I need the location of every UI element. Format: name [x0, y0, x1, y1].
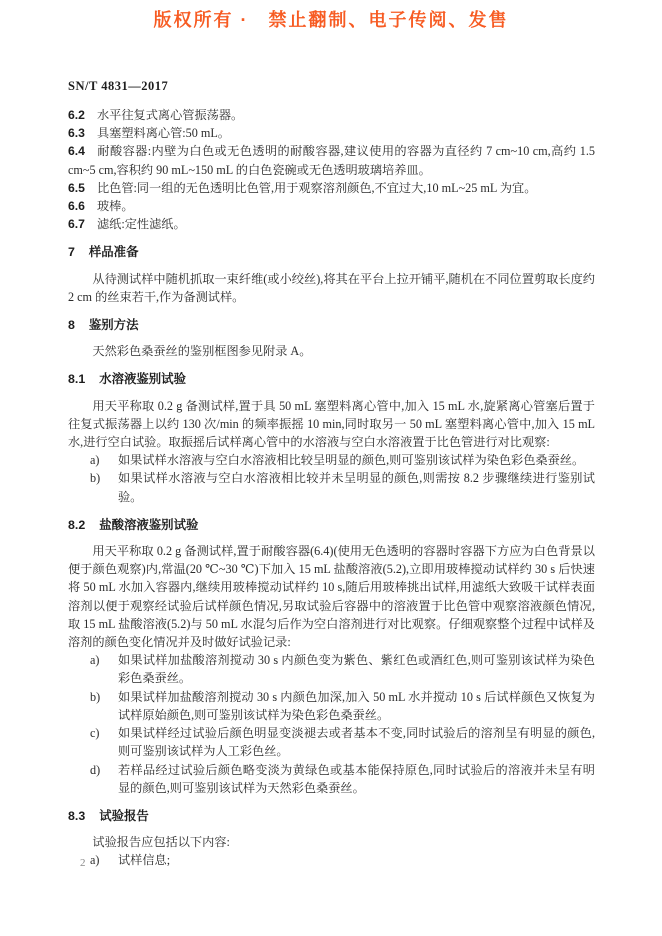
list-item-label: a)	[90, 851, 118, 869]
list-item: a)如果试样加盐酸溶剂搅动 30 s 内颜色变为紫色、紫红色或酒红色,则可鉴别该…	[68, 651, 595, 687]
clause-number: 6.5	[68, 181, 85, 195]
section-title: 鉴别方法	[89, 318, 139, 332]
clause-text: 玻棒。	[97, 199, 134, 213]
list-item-label: a)	[90, 451, 118, 469]
section-number: 8.1	[68, 372, 85, 386]
list-item: b)如果试样加盐酸溶剂搅动 30 s 内颜色加深,加入 50 mL 水并搅动 1…	[68, 688, 595, 724]
clause-number: 6.6	[68, 199, 85, 213]
section-title: 样品准备	[89, 245, 139, 259]
clause-number: 6.7	[68, 217, 85, 231]
clause-6-4: 6.4耐酸容器:内壁为白色或无色透明的耐酸容器,建议使用的容器为直径约 7 cm…	[68, 142, 595, 178]
list-item: b)如果试样水溶液与空白水溶液相比较并未呈明显的颜色,则需按 8.2 步骤继续进…	[68, 469, 595, 505]
clause-6-2: 6.2水平往复式离心管振荡器。	[68, 106, 595, 124]
list-item-label: b)	[90, 688, 118, 724]
section-8-2-paragraph: 用天平称取 0.2 g 备测试样,置于耐酸容器(6.4)(使用无色透明的容器时容…	[68, 542, 595, 651]
clause-number: 6.3	[68, 126, 85, 140]
list-item-label: a)	[90, 651, 118, 687]
section-7-paragraph: 从待测试样中随机抓取一束纤维(或小绞丝),将其在平台上拉开铺平,随机在不同位置剪…	[68, 270, 595, 306]
list-item-text: 如果试样经过试验后颜色明显变淡褪去或者基本不变,同时试验后的溶剂呈有明显的颜色,…	[118, 724, 595, 760]
list-item-text: 若样品经过试验后颜色略变淡为黄绿色或基本能保持原色,同时试验后的溶液并未呈有明显…	[118, 761, 595, 797]
list-item-text: 如果试样水溶液与空白水溶液相比较呈明显的颜色,则可鉴别该试样为染色彩色桑蚕丝。	[118, 451, 595, 469]
list-item: a)试样信息;	[68, 851, 595, 869]
section-8-heading: 8鉴别方法	[68, 316, 595, 334]
copyright-banner: 版权所有 · 禁止翻制、电子传阅、发售	[0, 6, 662, 32]
section-title: 试验报告	[99, 809, 149, 823]
clause-number: 6.2	[68, 108, 85, 122]
standard-number: SN/T 4831—2017	[68, 79, 168, 94]
list-item-text: 如果试样水溶液与空白水溶液相比较并未呈明显的颜色,则需按 8.2 步骤继续进行鉴…	[118, 469, 595, 505]
clause-6-3: 6.3具塞塑料离心管:50 mL。	[68, 124, 595, 142]
clause-6-6: 6.6玻棒。	[68, 197, 595, 215]
clause-number: 6.4	[68, 144, 85, 158]
clause-text: 具塞塑料离心管:50 mL。	[97, 126, 230, 140]
section-number: 8.2	[68, 518, 85, 532]
section-8-3-paragraph: 试验报告应包括以下内容:	[68, 833, 595, 851]
document-body: 6.2水平往复式离心管振荡器。 6.3具塞塑料离心管:50 mL。 6.4耐酸容…	[68, 106, 595, 870]
section-number: 8.3	[68, 809, 85, 823]
section-title: 盐酸溶液鉴别试验	[99, 518, 198, 532]
list-item-text: 如果试样加盐酸溶剂搅动 30 s 内颜色加深,加入 50 mL 水并搅动 10 …	[118, 688, 595, 724]
document-page: 版权所有 · 禁止翻制、电子传阅、发售 SN/T 4831—2017 6.2水平…	[0, 0, 662, 936]
list-item: d)若样品经过试验后颜色略变淡为黄绿色或基本能保持原色,同时试验后的溶液并未呈有…	[68, 761, 595, 797]
section-number: 7	[68, 245, 75, 259]
list-item-label: d)	[90, 761, 118, 797]
list-item-text: 如果试样加盐酸溶剂搅动 30 s 内颜色变为紫色、紫红色或酒红色,则可鉴别该试样…	[118, 651, 595, 687]
section-8-paragraph: 天然彩色桑蚕丝的鉴别框图参见附录 A。	[68, 342, 595, 360]
clause-6-5: 6.5比色管:同一组的无色透明比色管,用于观察溶剂颜色,不宜过大,10 mL~2…	[68, 179, 595, 197]
clause-text: 耐酸容器:内壁为白色或无色透明的耐酸容器,建议使用的容器为直径约 7 cm~10…	[68, 144, 595, 176]
list-item: c)如果试样经过试验后颜色明显变淡褪去或者基本不变,同时试验后的溶剂呈有明显的颜…	[68, 724, 595, 760]
section-8-1-paragraph: 用天平称取 0.2 g 备测试样,置于具 50 mL 塞塑料离心管中,加入 15…	[68, 397, 595, 452]
page-number: 2	[80, 857, 86, 869]
clause-text: 比色管:同一组的无色透明比色管,用于观察溶剂颜色,不宜过大,10 mL~25 m…	[97, 181, 536, 195]
list-item-text: 试样信息;	[118, 851, 595, 869]
section-7-heading: 7样品准备	[68, 243, 595, 261]
section-number: 8	[68, 318, 75, 332]
section-8-1-heading: 8.1水溶液鉴别试验	[68, 370, 595, 388]
section-8-3-heading: 8.3试验报告	[68, 807, 595, 825]
list-item: a)如果试样水溶液与空白水溶液相比较呈明显的颜色,则可鉴别该试样为染色彩色桑蚕丝…	[68, 451, 595, 469]
clause-text: 滤纸:定性滤纸。	[97, 217, 186, 231]
section-title: 水溶液鉴别试验	[99, 372, 186, 386]
section-8-2-heading: 8.2盐酸溶液鉴别试验	[68, 516, 595, 534]
clause-6-7: 6.7滤纸:定性滤纸。	[68, 215, 595, 233]
list-item-label: b)	[90, 469, 118, 505]
clause-text: 水平往复式离心管振荡器。	[97, 108, 243, 122]
list-item-label: c)	[90, 724, 118, 760]
